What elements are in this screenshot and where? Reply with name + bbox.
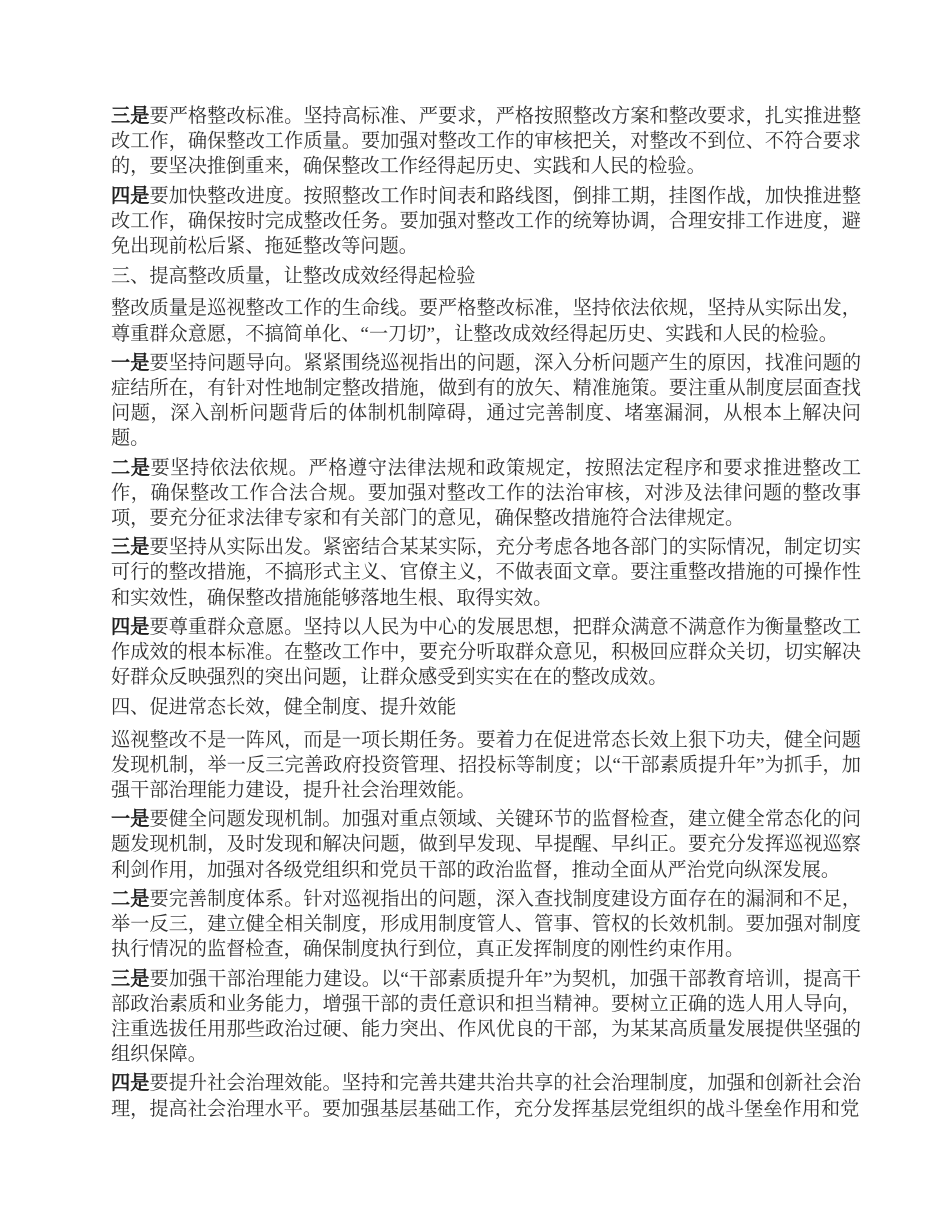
paragraph: 一是要健全问题发现机制。加强对重点领域、关键环节的监督检查，建立健全常态化的问题… (111, 807, 861, 883)
paragraph: 四是要加快整改进度。按照整改工作时间表和路线图，倒排工期，挂图作战，加快推进整改… (111, 184, 861, 260)
paragraph-lead: 四是 (111, 617, 149, 638)
paragraph-text: 要严格整改标准。坚持高标准、严要求，严格按照整改方案和整改要求，扎实推进整改工作… (111, 106, 861, 177)
paragraph: 整改质量是巡视整改工作的生命线。要严格整改标准，坚持依法依规，坚持从实际出发，尊… (111, 296, 861, 346)
paragraph-text: 巡视整改不是一阵风，而是一项长期任务。要着力在促进常态长效上狠下功夫，健全问题发… (111, 730, 861, 801)
paragraph-text: 要加强干部治理能力建设。以“干部素质提升年”为契机，加强干部教育培训，提高干部政… (111, 969, 861, 1066)
paragraph-text: 要提升社会治理效能。坚持和完善共建共治共享的社会治理制度，加强和创新社会治理，提… (111, 1073, 861, 1119)
section-heading: 三、提高整改质量，让整改成效经得起检验 (111, 264, 861, 289)
paragraph: 一是要坚持问题导向。紧紧围绕巡视指出的问题，深入分析问题产生的原因，找准问题的症… (111, 351, 861, 452)
paragraph-text: 要坚持从实际出发。紧密结合某某实际，充分考虑各地各部门的实际情况，制定切实可行的… (111, 537, 861, 608)
section-heading: 四、促进常态长效，健全制度、提升效能 (111, 695, 861, 720)
paragraph-text: 要尊重群众意愿。坚持以人民为中心的发展思想，把群众满意不满意作为衡量整改工作成效… (111, 617, 861, 688)
paragraph-text: 要完善制度体系。针对巡视指出的问题，深入查找制度建设方面存在的漏洞和不足，举一反… (111, 889, 861, 960)
paragraph: 二是要完善制度体系。针对巡视指出的问题，深入查找制度建设方面存在的漏洞和不足，举… (111, 887, 861, 963)
paragraph-lead: 二是 (111, 458, 151, 479)
paragraph-lead: 三是 (111, 969, 150, 990)
paragraph: 三是要严格整改标准。坚持高标准、严要求，严格按照整改方案和整改要求，扎实推进整改… (111, 104, 861, 180)
paragraph-lead: 三是 (111, 537, 149, 558)
paragraph-text: 要健全问题发现机制。加强对重点领域、关键环节的监督检查，建立健全常态化的问题发现… (111, 809, 861, 880)
paragraph: 四是要提升社会治理效能。坚持和完善共建共治共享的社会治理制度，加强和创新社会治理… (111, 1071, 861, 1121)
document-page: 三是要严格整改标准。坚持高标准、严要求，严格按照整改方案和整改要求，扎实推进整改… (111, 104, 861, 1126)
paragraph-text: 要加快整改进度。按照整改工作时间表和路线图，倒排工期，挂图作战，加快推进整改工作… (111, 186, 861, 257)
paragraph: 三是要加强干部治理能力建设。以“干部素质提升年”为契机，加强干部教育培训，提高干… (111, 967, 861, 1068)
paragraph: 三是要坚持从实际出发。紧密结合某某实际，充分考虑各地各部门的实际情况，制定切实可… (111, 535, 861, 611)
paragraph-lead: 四是 (111, 186, 149, 207)
paragraph-lead: 一是 (111, 353, 149, 374)
paragraph-lead: 一是 (111, 809, 149, 830)
paragraph-text: 整改质量是巡视整改工作的生命线。要严格整改标准，坚持依法依规，坚持从实际出发，尊… (111, 298, 861, 344)
paragraph-text: 要坚持问题导向。紧紧围绕巡视指出的问题，深入分析问题产生的原因，找准问题的症结所… (111, 353, 861, 450)
paragraph: 四是要尊重群众意愿。坚持以人民为中心的发展思想，把群众满意不满意作为衡量整改工作… (111, 615, 861, 691)
paragraph: 二是要坚持依法依规。严格遵守法律法规和政策规定，按照法定程序和要求推进整改工作，… (111, 456, 861, 532)
paragraph-lead: 二是 (111, 889, 149, 910)
paragraph-text: 要坚持依法依规。严格遵守法律法规和政策规定，按照法定程序和要求推进整改工作，确保… (111, 458, 861, 529)
paragraph: 巡视整改不是一阵风，而是一项长期任务。要着力在促进常态长效上狠下功夫，健全问题发… (111, 728, 861, 804)
paragraph-lead: 四是 (111, 1073, 149, 1094)
paragraph-lead: 三是 (111, 106, 149, 127)
